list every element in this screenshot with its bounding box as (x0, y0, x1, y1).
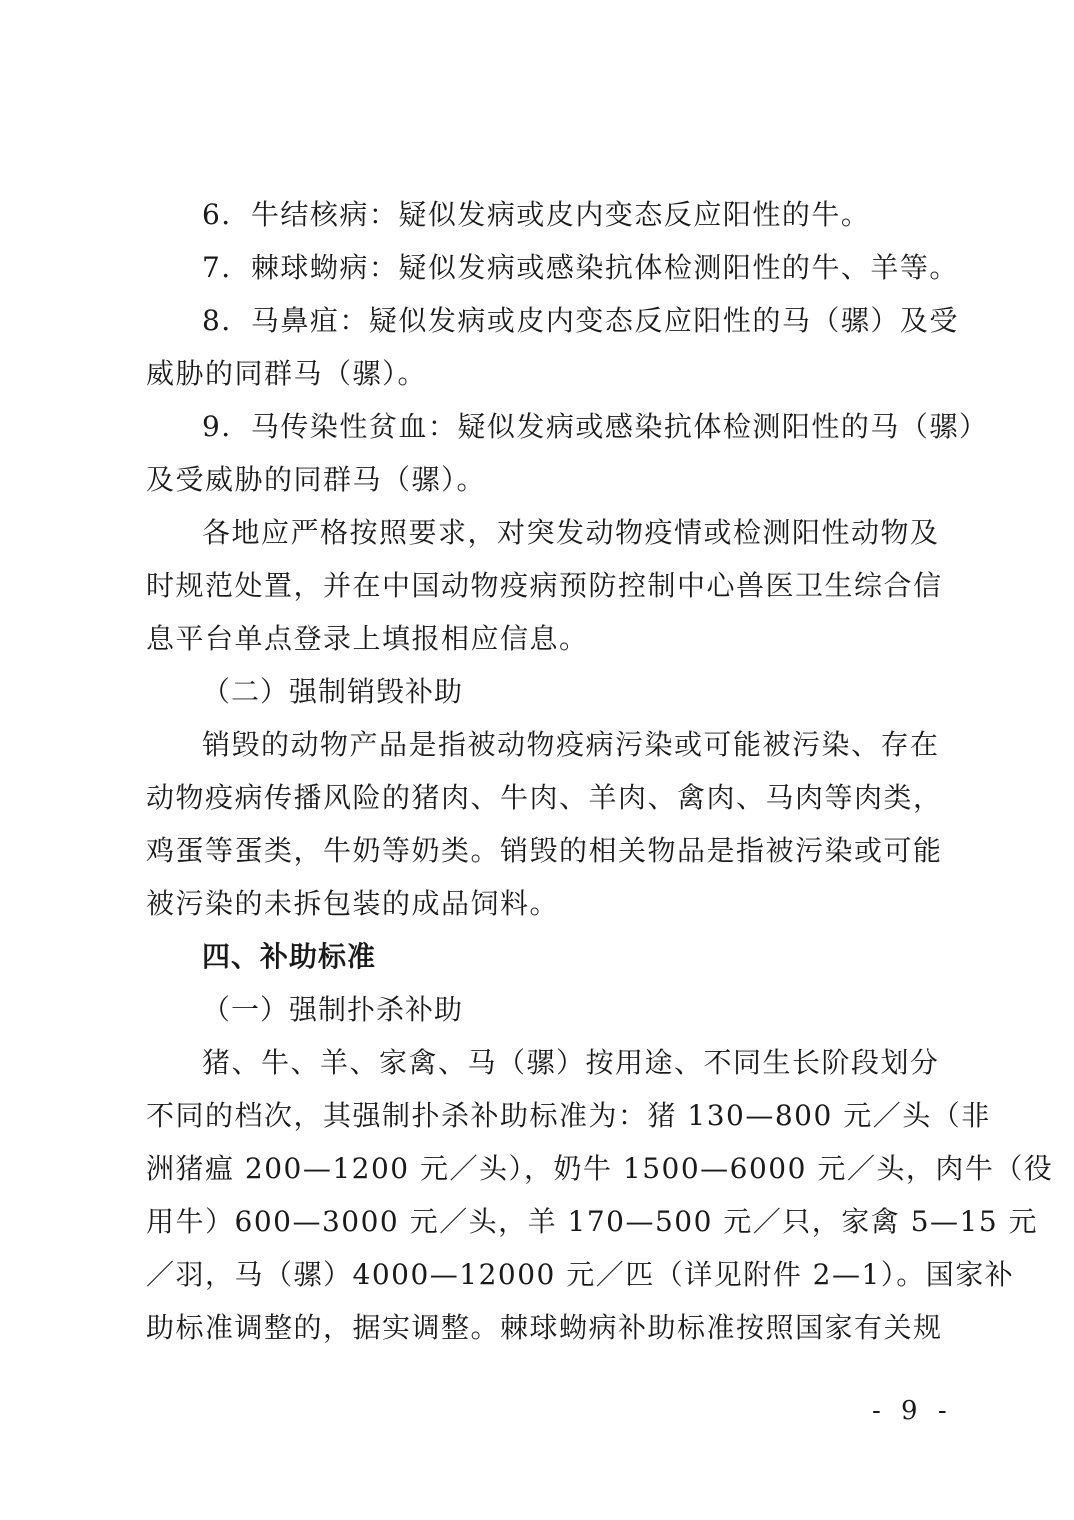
paragraph-line: 用牛）600—3000 元／头，羊 170—500 元／只，家禽 5—15 元 (146, 1204, 926, 1240)
page-number: - 9 - (872, 1396, 953, 1426)
list-item-9-cont: 及受威胁的同群马（骡）。 (146, 462, 926, 498)
list-item-8-cont: 威胁的同群马（骡）。 (146, 356, 926, 392)
paragraph-line: 销毁的动物产品是指被动物疫病污染或可能被污染、存在 (202, 727, 982, 763)
paragraph-line: 被污染的未拆包装的成品饲料。 (146, 886, 926, 922)
document-page: 6．牛结核病：疑似发病或皮内变态反应阳性的牛。 7．棘球蚴病：疑似发病或感染抗体… (0, 0, 1074, 1520)
subheading-culling-subsidy: （一）强制扑杀补助 (202, 992, 982, 1028)
list-item-8: 8．马鼻疽：疑似发病或皮内变态反应阳性的马（骡）及受 (202, 303, 982, 339)
paragraph-line: 不同的档次，其强制扑杀补助标准为：猪 130—800 元／头（非 (146, 1098, 926, 1134)
paragraph-line: 动物疫病传播风险的猪肉、牛肉、羊肉、禽肉、马肉等肉类， (146, 780, 926, 816)
list-item-7: 7．棘球蚴病：疑似发病或感染抗体检测阳性的牛、羊等。 (202, 250, 982, 286)
paragraph-line: 助标准调整的，据实调整。棘球蚴病补助标准按照国家有关规 (146, 1310, 926, 1346)
subheading-destruction-subsidy: （二）强制销毁补助 (202, 674, 982, 710)
paragraph-line: 鸡蛋等蛋类，牛奶等奶类。销毁的相关物品是指被污染或可能 (146, 833, 926, 869)
section-heading-subsidy-standard: 四、补助标准 (202, 939, 982, 975)
paragraph-line: ／羽，马（骡）4000—12000 元／匹（详见附件 2—1）。国家补 (146, 1257, 926, 1293)
paragraph-line: 猪、牛、羊、家禽、马（骡）按用途、不同生长阶段划分 (202, 1045, 982, 1081)
list-item-9: 9．马传染性贫血：疑似发病或感染抗体检测阳性的马（骡） (202, 409, 982, 445)
paragraph-line: 各地应严格按照要求，对突发动物疫情或检测阳性动物及 (202, 515, 982, 551)
paragraph-line: 息平台单点登录上填报相应信息。 (146, 621, 926, 657)
list-item-6: 6．牛结核病：疑似发病或皮内变态反应阳性的牛。 (202, 197, 982, 233)
paragraph-line: 时规范处置，并在中国动物疫病预防控制中心兽医卫生综合信 (146, 568, 926, 604)
paragraph-line: 洲猪瘟 200—1200 元／头），奶牛 1500—6000 元／头，肉牛（役 (146, 1151, 926, 1187)
